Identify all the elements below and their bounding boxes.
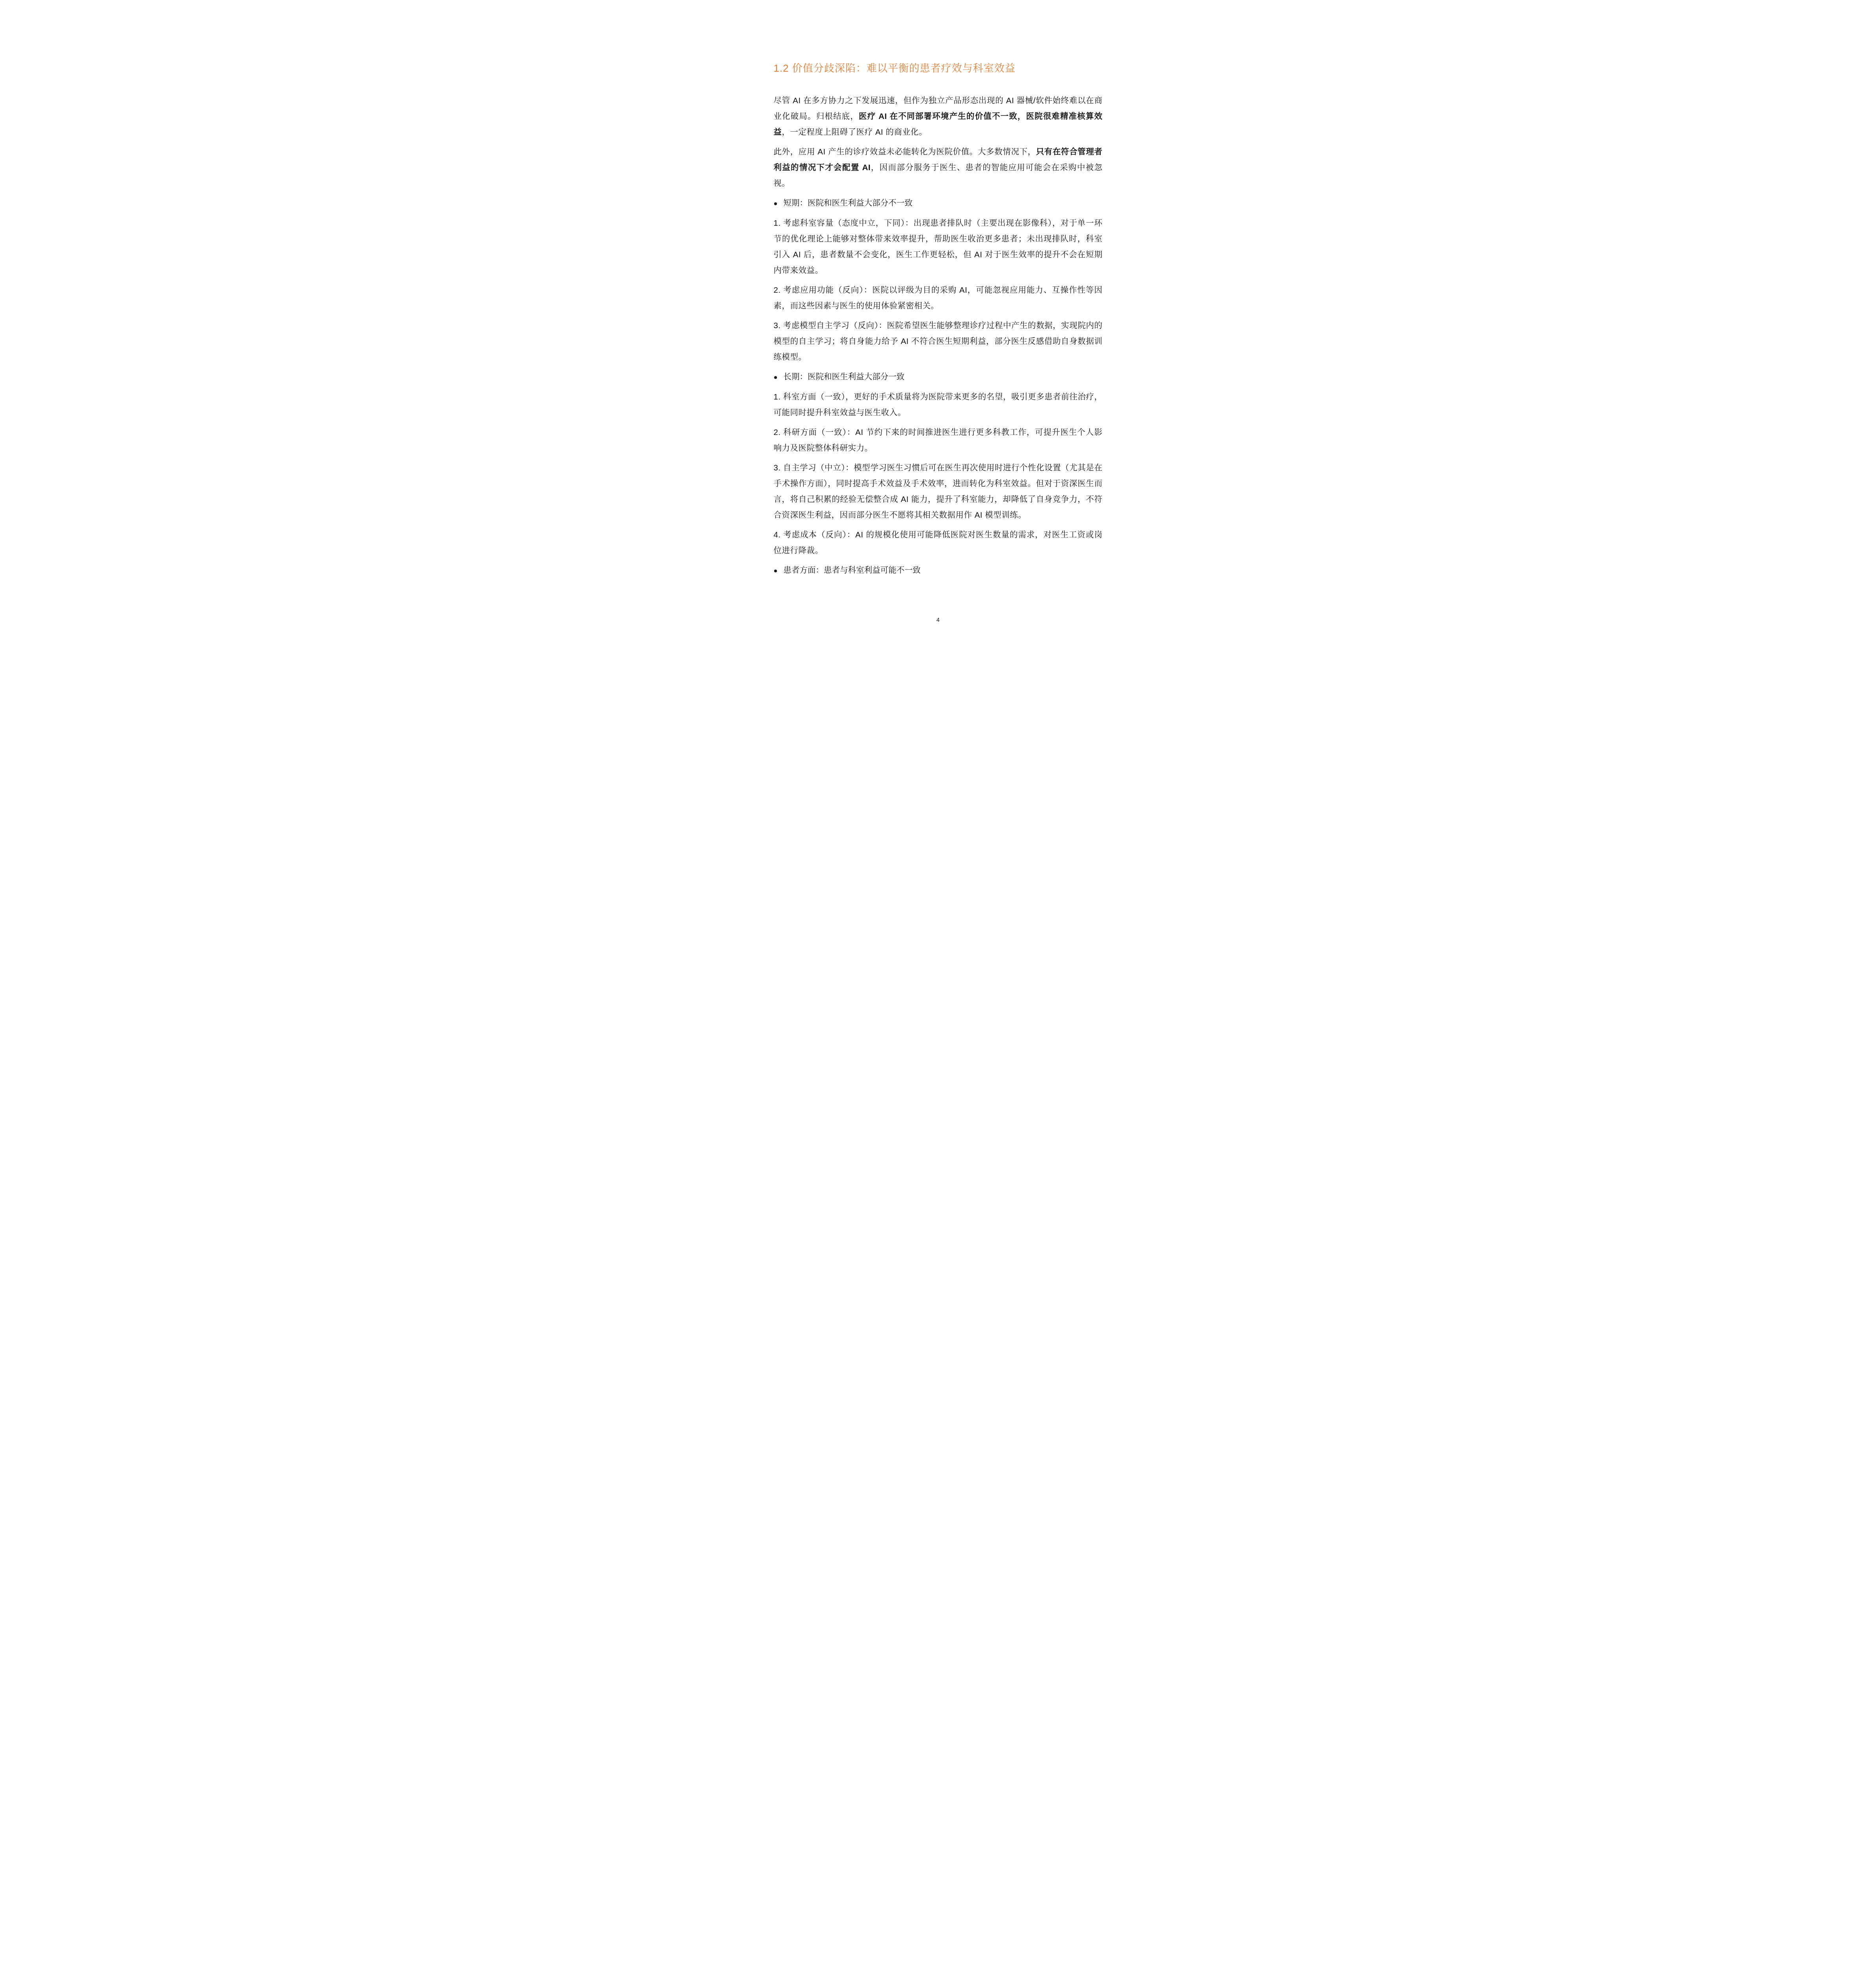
body-text: 3. 自主学习（中立）：模型学习医生习惯后可在医生再次使用时进行个性化设置（尤其…: [774, 463, 1103, 520]
bullet-item: ●患者方面：患者与科室利益可能不一致: [774, 563, 1103, 579]
paragraph: 1. 科室方面（一致），更好的手术质量将为医院带来更多的名望，吸引更多患者前往治…: [774, 389, 1103, 421]
paragraph: 3. 自主学习（中立）：模型学习医生习惯后可在医生再次使用时进行个性化设置（尤其…: [774, 460, 1103, 523]
body-text: 4. 考虑成本（反向）：AI 的规模化使用可能降低医院对医生数量的需求，对医生工…: [774, 530, 1103, 555]
paragraph: 1. 考虑科室容量（态度中立，下同）：出现患者排队时（主要出现在影像科），对于单…: [774, 216, 1103, 279]
paragraph: 3. 考虑模型自主学习（反向）：医院希望医生能够整理诊疗过程中产生的数据，实现院…: [774, 318, 1103, 365]
section-heading: 1.2 价值分歧深陷：难以平衡的患者疗效与科室效益: [774, 61, 1103, 75]
page-number: 4: [704, 617, 1173, 623]
bullet-icon: ●: [774, 196, 784, 212]
bullet-icon: ●: [774, 370, 784, 385]
document-page: 1.2 价值分歧深陷：难以平衡的患者疗效与科室效益 尽管 AI 在多方协力之下发…: [704, 0, 1173, 663]
body-text: 2. 科研方面（一致）：AI 节约下来的时间推进医生进行更多科教工作，可提升医生…: [774, 428, 1103, 453]
bullet-text: 患者方面：患者与科室利益可能不一致: [784, 563, 921, 578]
paragraph: 2. 科研方面（一致）：AI 节约下来的时间推进医生进行更多科教工作，可提升医生…: [774, 425, 1103, 456]
bullet-item: ●短期：医院和医生利益大部分不一致: [774, 195, 1103, 212]
bullet-item: ●长期：医院和医生利益大部分一致: [774, 369, 1103, 385]
body-text: 此外，应用 AI 产生的诊疗效益未必能转化为医院价值。大多数情况下，: [774, 147, 1036, 156]
body-text: 2. 考虑应用功能（反向）：医院以评级为目的采购 AI，可能忽视应用能力、互操作…: [774, 286, 1103, 310]
body-text: 3. 考虑模型自主学习（反向）：医院希望医生能够整理诊疗过程中产生的数据，实现院…: [774, 321, 1103, 362]
paragraph: 此外，应用 AI 产生的诊疗效益未必能转化为医院价值。大多数情况下，只有在符合管…: [774, 144, 1103, 191]
body-text: 1. 科室方面（一致），更好的手术质量将为医院带来更多的名望，吸引更多患者前往治…: [774, 392, 1103, 417]
paragraph: 2. 考虑应用功能（反向）：医院以评级为目的采购 AI，可能忽视应用能力、互操作…: [774, 282, 1103, 314]
bullet-text: 长期：医院和医生利益大部分一致: [784, 369, 905, 385]
body-text: ，一定程度上阻碍了医疗 AI 的商业化。: [782, 128, 927, 137]
bullet-text: 短期：医院和医生利益大部分不一致: [784, 195, 913, 211]
paragraph: 尽管 AI 在多方协力之下发展迅速，但作为独立产品形态出现的 AI 器械/软件始…: [774, 93, 1103, 140]
document-body: 尽管 AI 在多方协力之下发展迅速，但作为独立产品形态出现的 AI 器械/软件始…: [774, 93, 1103, 579]
body-text: 1. 考虑科室容量（态度中立，下同）：出现患者排队时（主要出现在影像科），对于单…: [774, 219, 1103, 275]
paragraph: 4. 考虑成本（反向）：AI 的规模化使用可能降低医院对医生数量的需求，对医生工…: [774, 527, 1103, 559]
bullet-icon: ●: [774, 563, 784, 579]
